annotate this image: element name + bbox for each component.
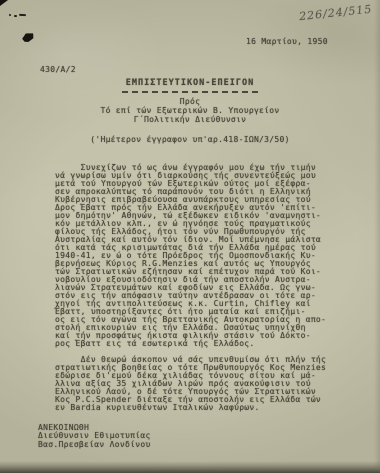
text-line: Πρός xyxy=(0,97,380,106)
text-line: εν Bardia κυριευθέντων Ιταλικών λαφύρων. xyxy=(55,404,345,412)
ink-speck xyxy=(19,14,26,16)
date-line: 16 Μαρτίου, 1950 xyxy=(246,38,328,46)
scan-corner-mark xyxy=(0,0,8,6)
scan-edge-shadow xyxy=(0,461,380,473)
text-line: ρος Έβαττ εις τά εσωτερικά τής Ελλάδος. xyxy=(55,340,345,348)
ink-speck xyxy=(14,15,17,17)
ink-speck xyxy=(9,14,11,16)
handwritten-annotation: 226/24/515 xyxy=(299,2,380,23)
text-line: Τό επί τών Εξωτερικών Β. Υπουργείον xyxy=(0,106,380,115)
text-line: Γ΄Πολιτικήν Διεύθυνσιν xyxy=(0,115,380,124)
body-paragraph-1: Συνεχίζων τό ως άνω έγγραφόν μου έχω τήν… xyxy=(55,164,345,348)
document-page: 226/24/515 16 Μαρτίου, 1950 430/Α/2 ΕΜΠΙ… xyxy=(0,0,380,473)
reference-line: ('Ημέτερον έγγραφον υπ'αρ.418-ΙΩΝ/3/50) xyxy=(0,136,380,144)
distribution-block: ΑΝΕΚΟΙΝΩΘΗΔιεύθυνσιν ΕθιμοτυπίαςΒασ.Πρεσ… xyxy=(38,424,151,449)
scan-edge-shade xyxy=(374,0,380,473)
text-line: Βασ.Πρεσβείαν Λονδίνου xyxy=(38,441,151,449)
classification-heading: ΕΜΠΙΣΤΕΥΤΙΚΟΝ-ΕΠΕΙΓΟΝ xyxy=(122,79,258,93)
recipient-block: ΠρόςΤό επί τών Εξωτερικών Β. ΥπουργείονΓ… xyxy=(0,97,380,124)
classification-heading-row: ΕΜΠΙΣΤΕΥΤΙΚΟΝ-ΕΠΕΙΓΟΝ xyxy=(0,70,380,93)
ink-blot-mark xyxy=(21,32,35,43)
body-paragraph-2: Δέν θεωρώ άσκοπον νά σάς υπενθυμίσω ότι … xyxy=(55,356,345,412)
